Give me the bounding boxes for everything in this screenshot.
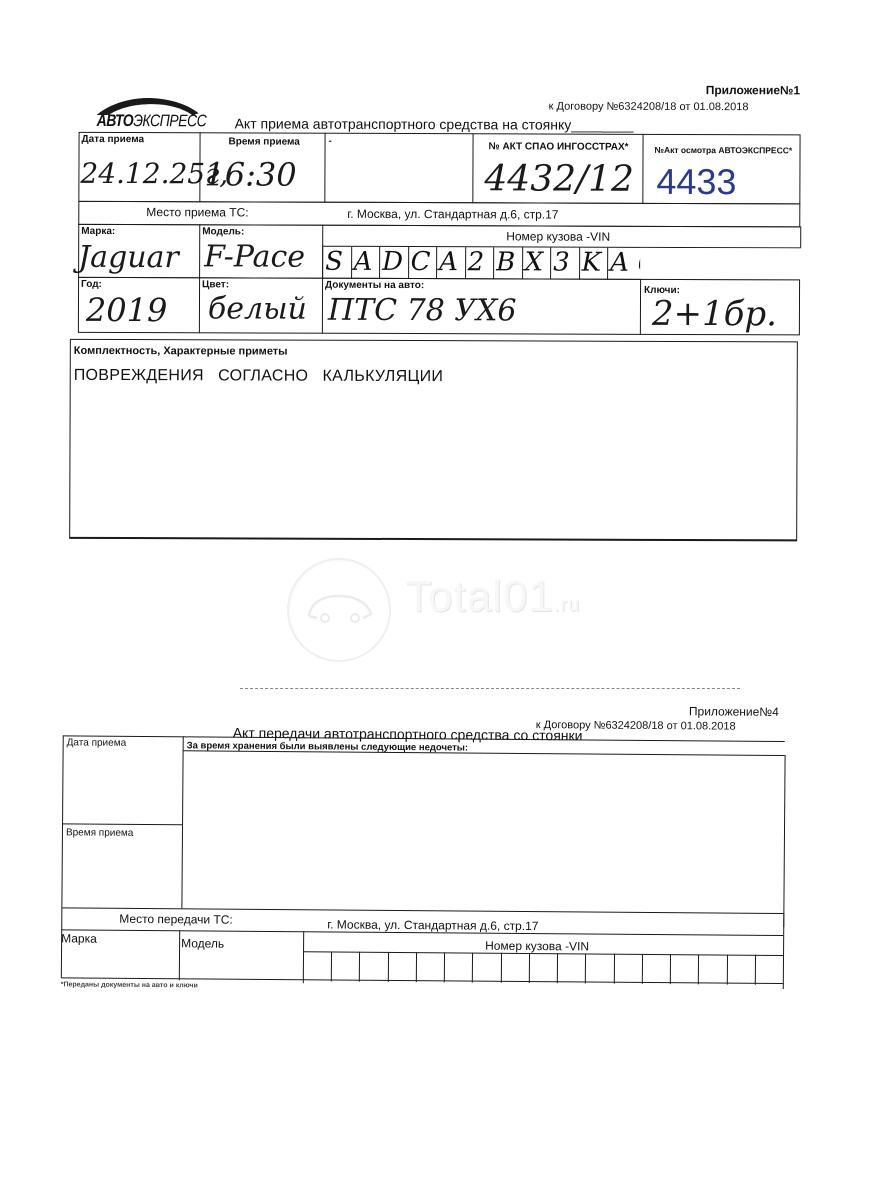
color-label: Цвет: bbox=[202, 279, 229, 290]
documents-label: Документы на авто: bbox=[325, 280, 424, 291]
vin-char-box: B bbox=[493, 247, 522, 279]
car-watermark-icon bbox=[305, 590, 375, 626]
vin-char: K bbox=[582, 248, 602, 278]
vin-char-box: 2 bbox=[465, 247, 494, 279]
vin-char-box: S bbox=[322, 247, 351, 279]
vin-cell-divider bbox=[755, 955, 756, 985]
time-label: Время приема bbox=[229, 136, 300, 147]
year-label: Год: bbox=[81, 279, 102, 290]
vin-boxes: SADCA2BX3KA6 bbox=[1, 0, 875, 2]
vin-cell-divider bbox=[388, 952, 389, 982]
vin-char-box: A bbox=[607, 248, 636, 280]
vin-char-box: A bbox=[351, 247, 380, 279]
time-value: 16:30 bbox=[204, 155, 296, 193]
vin-cell-divider bbox=[698, 954, 699, 984]
color-value: белый bbox=[208, 291, 307, 326]
vin-cell-divider bbox=[529, 953, 530, 983]
release-act: Приложение№4 к Договору №6324208/18 от 0… bbox=[0, 677, 875, 1024]
watermark: Total01.ru bbox=[287, 550, 607, 670]
date-label: Дата приема bbox=[82, 134, 145, 145]
vin-cell-divider bbox=[359, 952, 360, 982]
vin-cell-divider bbox=[557, 953, 558, 983]
vin-char: A bbox=[354, 247, 373, 277]
vin-char: B bbox=[496, 247, 515, 277]
release-make-label: Марка bbox=[61, 931, 97, 945]
vin-char: A bbox=[610, 248, 629, 278]
ingos-act-value: 4432/12 bbox=[484, 158, 634, 200]
vin-char-box: 3 bbox=[550, 248, 579, 280]
vin-cell-divider bbox=[613, 954, 614, 984]
release-date-label: Дата приема bbox=[67, 737, 127, 748]
vin-char-box: A bbox=[436, 247, 465, 279]
features-label: Комплектность, Характерные приметы bbox=[74, 345, 288, 358]
vin-cell-divider bbox=[585, 953, 586, 983]
intake-act: Приложение№1 к Договору №6324208/18 от 0… bbox=[0, 0, 875, 562]
vin-char: 2 bbox=[468, 247, 485, 277]
make-value: Jaguar bbox=[78, 240, 179, 275]
release-footnote: *Переданы документы на авто и ключи bbox=[61, 981, 198, 989]
blank-cell-mark: - bbox=[329, 136, 332, 147]
release-location-label: Место передачи ТС: bbox=[119, 912, 233, 927]
vin-char: A bbox=[439, 247, 458, 277]
vin-cell-divider bbox=[472, 953, 473, 983]
vin-char-box: C bbox=[408, 247, 437, 279]
year-value: 2019 bbox=[86, 291, 168, 329]
vin-cell-divider bbox=[444, 952, 445, 982]
vin-char: S bbox=[325, 247, 343, 277]
watermark-text: Total01.ru bbox=[405, 572, 580, 622]
location-value: г. Москва, ул. Стандартная д.6, стр.17 bbox=[347, 207, 558, 222]
ingos-act-label: № АКТ СПАО ИНГОССТРАХ* bbox=[489, 141, 629, 152]
logo-text: АВТОЭКСПРЕСС bbox=[97, 110, 207, 130]
features-value: ПОВРЕЖДЕНИЯ СОГЛАСНО КАЛЬКУЛЯЦИИ bbox=[74, 367, 444, 386]
vin-redaction bbox=[640, 248, 802, 281]
vin-cell-divider bbox=[416, 952, 417, 982]
vin-cell-divider bbox=[331, 951, 332, 981]
vin-cell-divider bbox=[726, 955, 727, 985]
contract-reference: к Договору №6324208/18 от 01.08.2018 bbox=[549, 101, 749, 114]
release-model-label: Модель bbox=[181, 936, 224, 950]
vin-char-box: K bbox=[579, 248, 608, 280]
appendix-label: Приложение№1 bbox=[706, 83, 800, 97]
vin-char: C bbox=[411, 247, 431, 277]
model-label: Модель: bbox=[202, 226, 244, 237]
release-vin-label: Номер кузова -VIN bbox=[485, 939, 589, 954]
vin-char: X bbox=[525, 247, 544, 277]
location-label: Место приема ТС: bbox=[146, 205, 248, 219]
documents-value: ПТС 78 УХ6 bbox=[328, 293, 517, 329]
vin-cell-divider bbox=[500, 953, 501, 983]
vin-char: D bbox=[382, 247, 403, 277]
inspection-act-value: 4433 bbox=[656, 161, 736, 203]
model-value: F-Pace bbox=[204, 239, 305, 274]
inspection-act-label: №Акт осмотра АВТОЭКСПРЕСС* bbox=[655, 145, 793, 155]
vin-label: Номер кузова -VIN bbox=[506, 229, 610, 243]
defects-label: За время хранения были выявлены следующи… bbox=[187, 740, 469, 753]
release-vin-boxes bbox=[1, 677, 875, 684]
vin-cell-divider bbox=[670, 954, 671, 984]
intake-act-title: Акт приема автотранспортного средства на… bbox=[235, 115, 634, 132]
release-time-label: Время приема bbox=[66, 827, 134, 839]
vin-char-box: X bbox=[522, 247, 551, 279]
keys-value: 2+1бр. bbox=[652, 294, 777, 334]
appendix-label-4: Приложение№4 bbox=[689, 704, 779, 719]
vin-char: 3 bbox=[553, 248, 570, 278]
make-label: Марка: bbox=[81, 226, 115, 237]
vin-char-box: D bbox=[379, 247, 408, 279]
vin-cell-divider bbox=[642, 954, 643, 984]
